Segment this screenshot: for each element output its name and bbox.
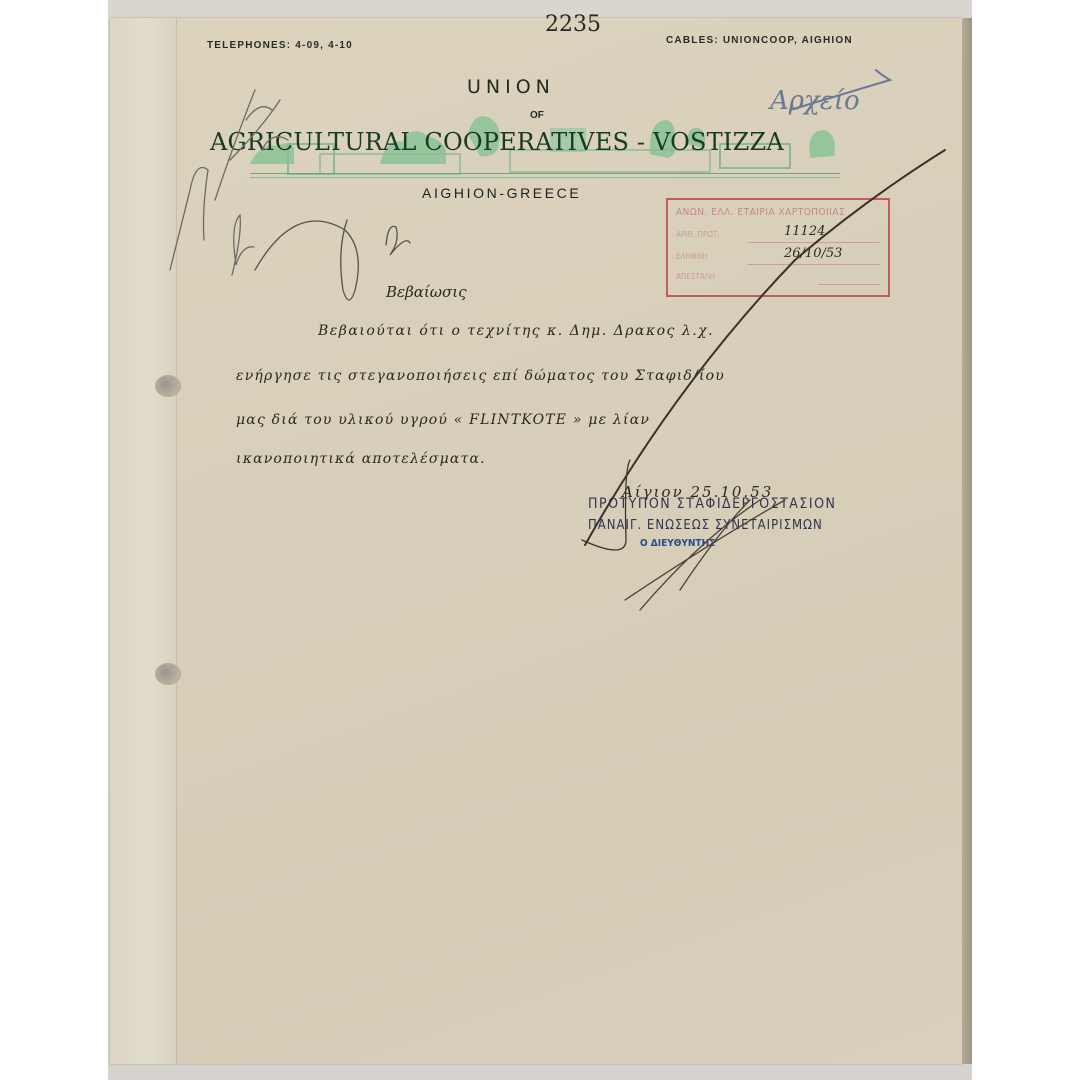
handwritten-marks	[0, 0, 1080, 1080]
